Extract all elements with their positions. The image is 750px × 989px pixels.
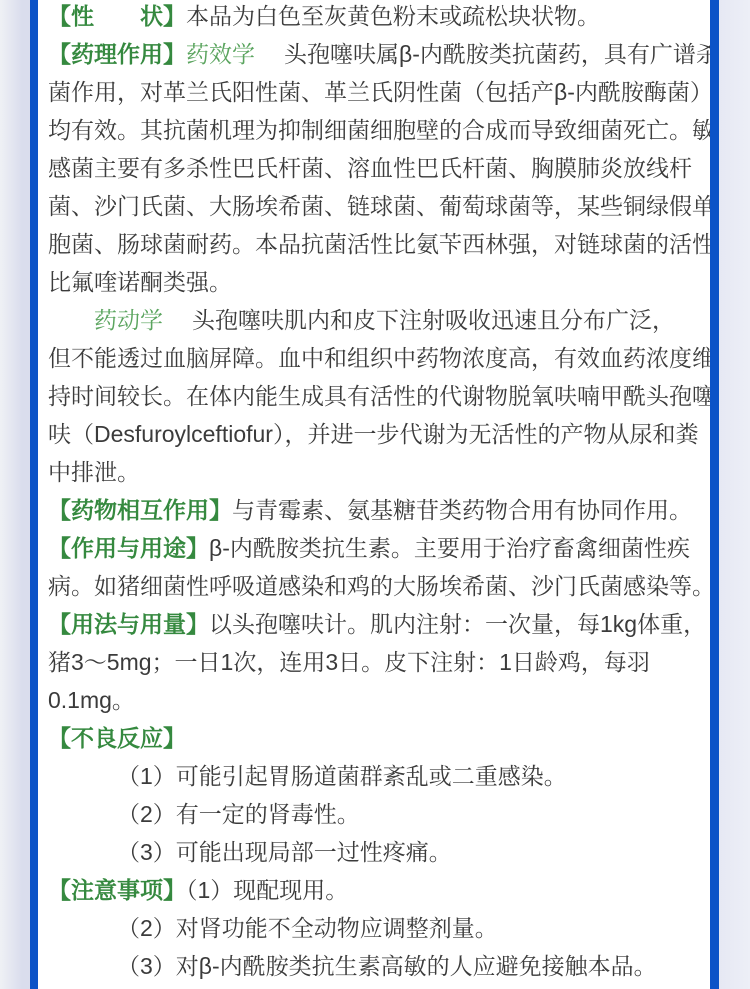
- doc-line: （3）可能出现局部一过性疼痛。: [48, 833, 702, 871]
- body-text: （1）可能引起胃肠道菌群紊乱或二重感染。: [117, 763, 567, 789]
- doc-line: （2）有一定的肾毒性。: [48, 795, 702, 833]
- body-text: 与青霉素、氨基糖苷类药物合用有协同作用。: [232, 497, 692, 523]
- body-text: 但不能透过血脑屏障。血中和组织中药物浓度高，有效血药浓度维: [48, 345, 710, 371]
- body-text: β-内酰胺类抗生素。主要用于治疗畜禽细菌性疾: [209, 535, 690, 561]
- doc-line: 【药物相互作用】与青霉素、氨基糖苷类药物合用有协同作用。: [48, 491, 702, 529]
- left-border-bar: [30, 0, 38, 989]
- doc-line: 【作用与用途】β-内酰胺类抗生素。主要用于治疗畜禽细菌性疾: [48, 529, 702, 567]
- body-text: 病。如猪细菌性呼吸道感染和鸡的大肠埃希菌、沙门氏菌感染等。: [48, 573, 710, 599]
- left-gutter: [0, 0, 30, 989]
- body-text: 菌作用，对革兰氏阳性菌、革兰氏阴性菌（包括产β-内酰胺酶菌）: [48, 79, 710, 105]
- body-text: 持时间较长。在体内能生成具有活性的代谢物脱氧呋喃甲酰头孢噻: [48, 383, 710, 409]
- section-header: 【药理作用】: [48, 41, 186, 67]
- subsection-label: 药效学: [186, 41, 255, 67]
- section-header: 【用法与用量】: [48, 611, 209, 637]
- content-card: 【性 状】本品为白色至灰黄色粉末或疏松块状物。【药理作用】药效学头孢噻呋属β-内…: [38, 0, 710, 989]
- doc-line: 但不能透过血脑屏障。血中和组织中药物浓度高，有效血药浓度维: [48, 339, 702, 377]
- doc-line: 猪3～5mg；一日1次，连用3日。皮下注射：1日龄鸡，每羽: [48, 643, 702, 681]
- body-text: （2）对肾功能不全动物应调整剂量。: [117, 915, 498, 941]
- document-body: 【性 状】本品为白色至灰黄色粉末或疏松块状物。【药理作用】药效学头孢噻呋属β-内…: [48, 0, 702, 985]
- doc-line: 【用法与用量】以头孢噻呋计。肌内注射：一次量，每1kg体重，: [48, 605, 702, 643]
- body-text: 呋（Desfuroylceftiofur），并进一步代谢为无活性的产物从尿和粪: [48, 421, 698, 447]
- body-text: 以头孢噻呋计。肌内注射：一次量，每1kg体重，: [209, 611, 706, 637]
- doc-line: 中排泄。: [48, 453, 702, 491]
- right-border-bar: [710, 0, 719, 989]
- doc-line: （3）对β-内酰胺类抗生素高敏的人应避免接触本品。: [48, 947, 702, 985]
- doc-line: 药动学头孢噻呋肌内和皮下注射吸收迅速且分布广泛，: [48, 301, 702, 339]
- body-text: 头孢噻呋属β-内酰胺类抗菌药，具有广谱杀: [284, 41, 710, 67]
- doc-line: 呋（Desfuroylceftiofur），并进一步代谢为无活性的产物从尿和粪: [48, 415, 702, 453]
- body-text: 感菌主要有多杀性巴氏杆菌、溶血性巴氏杆菌、胸膜肺炎放线杆: [48, 155, 692, 181]
- body-text: （3）对β-内酰胺类抗生素高敏的人应避免接触本品。: [117, 953, 657, 979]
- doc-line: 【不良反应】: [48, 719, 702, 757]
- doc-line: 【注意事项】（1）现配现用。: [48, 871, 702, 909]
- doc-line: 感菌主要有多杀性巴氏杆菌、溶血性巴氏杆菌、胸膜肺炎放线杆: [48, 149, 702, 187]
- section-header: 【作用与用途】: [48, 535, 209, 561]
- page: 【性 状】本品为白色至灰黄色粉末或疏松块状物。【药理作用】药效学头孢噻呋属β-内…: [0, 0, 750, 989]
- body-text: 本品为白色至灰黄色粉末或疏松块状物。: [186, 3, 600, 29]
- body-text: 均有效。其抗菌机理为抑制细菌细胞壁的合成而导致细菌死亡。敏: [48, 117, 710, 143]
- body-text: 猪3～5mg；一日1次，连用3日。皮下注射：1日龄鸡，每羽: [48, 649, 650, 675]
- body-text: （3）可能出现局部一过性疼痛。: [117, 839, 452, 865]
- body-text: 头孢噻呋肌内和皮下注射吸收迅速且分布广泛，: [192, 307, 675, 333]
- doc-line: 病。如猪细菌性呼吸道感染和鸡的大肠埃希菌、沙门氏菌感染等。: [48, 567, 702, 605]
- body-text: 比氟喹诺酮类强。: [48, 269, 232, 295]
- body-text: 中排泄。: [48, 459, 140, 485]
- doc-line: 均有效。其抗菌机理为抑制细菌细胞壁的合成而导致细菌死亡。敏: [48, 111, 702, 149]
- body-text: （2）有一定的肾毒性。: [117, 801, 360, 827]
- doc-line: （2）对肾功能不全动物应调整剂量。: [48, 909, 702, 947]
- doc-line: 菌、沙门氏菌、大肠埃希菌、链球菌、葡萄球菌等，某些铜绿假单: [48, 187, 702, 225]
- doc-line: 菌作用，对革兰氏阳性菌、革兰氏阴性菌（包括产β-内酰胺酶菌）: [48, 73, 702, 111]
- body-text: （1）现配现用。: [186, 877, 348, 903]
- body-text: 胞菌、肠球菌耐药。本品抗菌活性比氨苄西林强，对链球菌的活性: [48, 231, 710, 257]
- doc-line: 比氟喹诺酮类强。: [48, 263, 702, 301]
- doc-line: 【性 状】本品为白色至灰黄色粉末或疏松块状物。: [48, 0, 702, 35]
- doc-line: （1）可能引起胃肠道菌群紊乱或二重感染。: [48, 757, 702, 795]
- section-header: 【药物相互作用】: [48, 497, 232, 523]
- section-header: 【性 状】: [48, 3, 186, 29]
- section-header: 【注意事项】: [48, 877, 186, 903]
- doc-line: 0.1mg。: [48, 681, 702, 719]
- body-text: 菌、沙门氏菌、大肠埃希菌、链球菌、葡萄球菌等，某些铜绿假单: [48, 193, 710, 219]
- body-text: 0.1mg。: [48, 687, 135, 713]
- right-gutter: [719, 0, 750, 989]
- subsection-label: 药动学: [94, 307, 163, 333]
- section-header: 【不良反应】: [48, 725, 186, 751]
- doc-line: 持时间较长。在体内能生成具有活性的代谢物脱氧呋喃甲酰头孢噻: [48, 377, 702, 415]
- doc-line: 胞菌、肠球菌耐药。本品抗菌活性比氨苄西林强，对链球菌的活性: [48, 225, 702, 263]
- doc-line: 【药理作用】药效学头孢噻呋属β-内酰胺类抗菌药，具有广谱杀: [48, 35, 702, 73]
